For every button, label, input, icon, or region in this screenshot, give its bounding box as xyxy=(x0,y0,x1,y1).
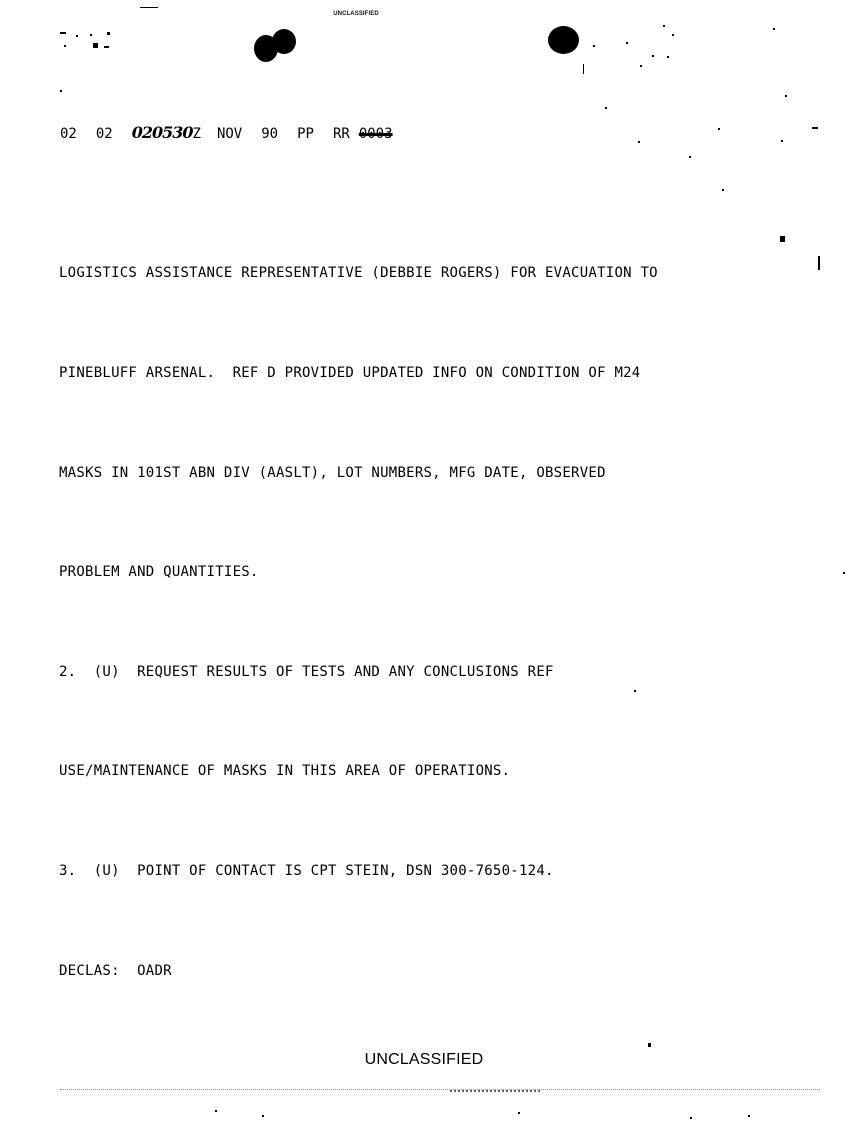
body-line: USE/MAINTENANCE OF MASKS IN THIS AREA OF… xyxy=(59,755,658,788)
classification-bottom-text: UNCLASSIFIED xyxy=(365,1051,484,1068)
scan-speck xyxy=(748,1115,750,1117)
punch-hole-blot xyxy=(272,29,296,54)
scan-speck xyxy=(605,107,607,109)
punch-hole-blot xyxy=(548,26,579,54)
body-line: PINEBLUFF ARSENAL. REF D PROVIDED UPDATE… xyxy=(59,357,658,390)
scan-speck xyxy=(781,140,783,142)
message-body: LOGISTICS ASSISTANCE REPRESENTATIVE (DEB… xyxy=(59,191,658,1054)
scanned-document-page: UNCLASSIFIED 02 02 020530 Z NOV 90 PP RR… xyxy=(0,0,848,1128)
scan-speck xyxy=(518,1112,520,1114)
scan-speck xyxy=(718,128,720,130)
scan-noise-line xyxy=(60,1089,820,1091)
scan-speck xyxy=(593,45,595,47)
scan-speck xyxy=(583,64,584,74)
header-field-1: 02 xyxy=(60,126,77,142)
scan-speck xyxy=(780,236,785,242)
scan-speck xyxy=(64,45,66,47)
classification-top-text: UNCLASSIFIED xyxy=(333,11,379,17)
scan-speck xyxy=(773,28,775,30)
body-line: MASKS IN 101ST ABN DIV (AASLT), LOT NUMB… xyxy=(59,457,658,490)
scan-speck xyxy=(626,42,628,44)
scan-speck xyxy=(215,1110,217,1112)
struck-out-number: 0003 xyxy=(355,126,397,142)
scan-speck xyxy=(90,34,92,36)
message-header-line: 02 02 020530 Z NOV 90 PP RR 0003 xyxy=(60,123,397,142)
body-line: LOGISTICS ASSISTANCE REPRESENTATIVE (DEB… xyxy=(59,257,658,290)
scan-speck xyxy=(107,32,110,35)
precedence-action: PP xyxy=(297,126,314,142)
body-line: 3. (U) POINT OF CONTACT IS CPT STEIN, DS… xyxy=(59,855,658,888)
time-zone: Z xyxy=(193,126,201,142)
classification-marking-top: UNCLASSIFIED xyxy=(0,11,712,17)
scan-speck xyxy=(262,1115,264,1117)
date-time-group-handwritten: 020530 xyxy=(132,123,193,142)
body-line: 2. (U) REQUEST RESULTS OF TESTS AND ANY … xyxy=(59,656,658,689)
header-field-2: 02 xyxy=(96,126,113,142)
declassification-line: DECLAS: OADR xyxy=(59,955,658,988)
scan-speck xyxy=(667,56,669,58)
scan-speck xyxy=(818,256,820,270)
precedence-info: RR xyxy=(333,126,350,142)
scan-speck xyxy=(60,90,62,92)
scan-speck xyxy=(76,35,78,37)
scan-speck xyxy=(104,46,109,48)
scan-speck xyxy=(60,32,66,34)
scan-speck xyxy=(652,55,654,57)
scan-speck xyxy=(140,7,158,8)
scan-speck xyxy=(812,127,818,129)
scan-speck xyxy=(93,43,98,48)
scan-speck xyxy=(672,34,674,36)
scan-speck xyxy=(663,25,665,27)
month: NOV xyxy=(217,126,242,142)
scan-speck xyxy=(689,156,691,158)
scan-speck xyxy=(690,1117,692,1119)
body-line: PROBLEM AND QUANTITIES. xyxy=(59,556,658,589)
scan-noise-line xyxy=(450,1090,540,1094)
scan-speck xyxy=(843,572,845,574)
scan-speck xyxy=(722,189,724,191)
scan-speck xyxy=(785,95,787,97)
classification-marking-bottom: UNCLASSIFIED xyxy=(0,1051,848,1069)
year: 90 xyxy=(261,126,278,142)
scan-speck xyxy=(640,65,642,67)
scan-speck xyxy=(638,141,640,143)
